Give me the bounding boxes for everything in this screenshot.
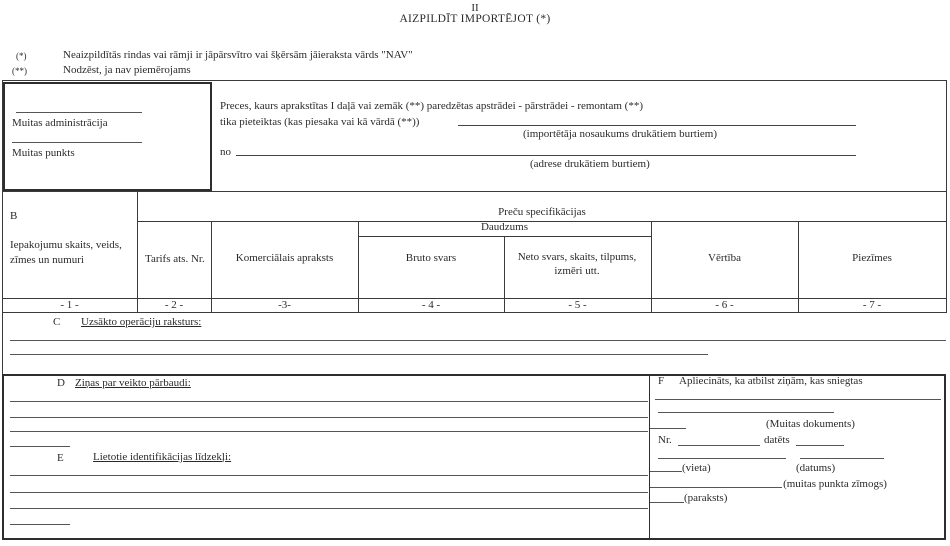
importer-caption: (importētāja nosaukums drukātiem burtiem…: [523, 128, 717, 140]
quantity-rule: [358, 236, 651, 237]
col-number-7: - 7 -: [798, 299, 946, 311]
section-c-label: Uzsākto operāciju raksturs:: [81, 316, 201, 328]
section-b-bottom: [2, 312, 947, 313]
f-place-stub: [650, 471, 682, 472]
section-d-line-4[interactable]: [10, 446, 70, 447]
col-net-header: Neto svars, skaits, tilpums, izmēri utt.: [514, 250, 640, 278]
section-e-line-1[interactable]: [10, 475, 648, 476]
administration-line[interactable]: [16, 112, 142, 113]
section-c-line-1[interactable]: [10, 340, 946, 341]
col-number-1: - 1 -: [2, 299, 137, 311]
section-e-line-2[interactable]: [10, 492, 648, 493]
spec-header: Preču specifikācijas: [137, 206, 947, 218]
page-title: AIZPILDĪT IMPORTĒJOT (*): [340, 13, 610, 25]
f-place-caption: (vieta): [682, 462, 711, 474]
col-number-4: - 4 -: [358, 299, 504, 311]
section-d-line-1[interactable]: [10, 401, 648, 402]
section-c-letter: C: [53, 316, 60, 328]
note-text-1: Neaizpildītās rindas vai rāmji ir jāpārs…: [63, 49, 413, 61]
section-b-top: [2, 191, 947, 192]
col-tariff-header: Tarifs ats. Nr.: [145, 252, 205, 267]
declaration-line1: Preces, kaurs aprakstītas I daļā vai zem…: [220, 100, 643, 112]
f-line-1[interactable]: [655, 399, 941, 400]
note-marker-2: (**): [12, 66, 27, 76]
section-d-letter: D: [57, 377, 65, 389]
importer-name-field[interactable]: [458, 125, 856, 126]
point-line[interactable]: [12, 142, 142, 143]
f-signature-caption: (paraksts): [684, 492, 727, 504]
col-notes-header: Piezīmes: [798, 252, 946, 264]
note-marker-1: (*): [16, 51, 27, 61]
col-number-2: - 2 -: [137, 299, 211, 311]
quantity-header: Daudzums: [358, 221, 651, 233]
f-place-field[interactable]: [658, 458, 786, 459]
section-c-line-2[interactable]: [10, 354, 708, 355]
f-document-line[interactable]: [658, 412, 834, 413]
f-document-caption: (Muitas dokuments): [766, 418, 855, 430]
f-signature-line[interactable]: [650, 502, 684, 503]
section-e-letter: E: [57, 452, 64, 464]
section-d-label: Ziņas par veikto pārbaudi:: [75, 377, 191, 389]
f-date-field[interactable]: [800, 458, 884, 459]
col-commercial-header: Komerciālais apraksts: [211, 252, 358, 264]
col-number-6: - 6 -: [651, 299, 798, 311]
section-e-label: Lietotie identifikācijas līdzekļi:: [93, 451, 231, 463]
section-e-line-4[interactable]: [10, 524, 70, 525]
section-d-line-3[interactable]: [10, 431, 648, 432]
section-e-line-3[interactable]: [10, 508, 648, 509]
f-nr-field[interactable]: [678, 445, 760, 446]
address-caption: (adrese drukātiem burtiem): [530, 158, 650, 170]
section-f-label: Apliecināts, ka atbilst ziņām, kas snieg…: [679, 375, 863, 387]
col-gross-header: Bruto svars: [358, 252, 504, 264]
f-nr-label: Nr.: [658, 434, 672, 446]
note-text-2: Nodzēst, ja nav piemērojams: [63, 64, 191, 76]
f-issued-label: datēts: [764, 434, 790, 446]
col-value-header: Vērtība: [651, 252, 798, 264]
section-d-line-2[interactable]: [10, 417, 648, 418]
f-stamp-caption: (muitas punkta zīmogs): [780, 477, 890, 491]
customs-box: [3, 82, 212, 191]
section-f-letter: F: [658, 375, 664, 387]
f-date-caption: (datums): [796, 462, 835, 474]
f-line-stub: [650, 428, 686, 429]
section-b-letter: B: [10, 210, 17, 222]
col-number-3: -3-: [211, 299, 358, 311]
col-number-5: - 5 -: [504, 299, 651, 311]
right-border-upper: [946, 80, 947, 312]
top-rule: [2, 80, 947, 81]
f-divider: [649, 374, 650, 540]
address-field[interactable]: [236, 155, 856, 156]
f-issued-field[interactable]: [796, 445, 844, 446]
administration-label: Muitas administrācija: [12, 117, 108, 129]
from-prefix: no: [220, 146, 231, 158]
declaration-line2: tika pieteiktas (kas piesaka vai kā vārd…: [220, 116, 419, 128]
point-label: Muitas punkts: [12, 147, 75, 159]
packages-header: Iepakojumu skaits, veids, zīmes un numur…: [10, 238, 136, 268]
f-stamp-line[interactable]: [650, 487, 782, 488]
